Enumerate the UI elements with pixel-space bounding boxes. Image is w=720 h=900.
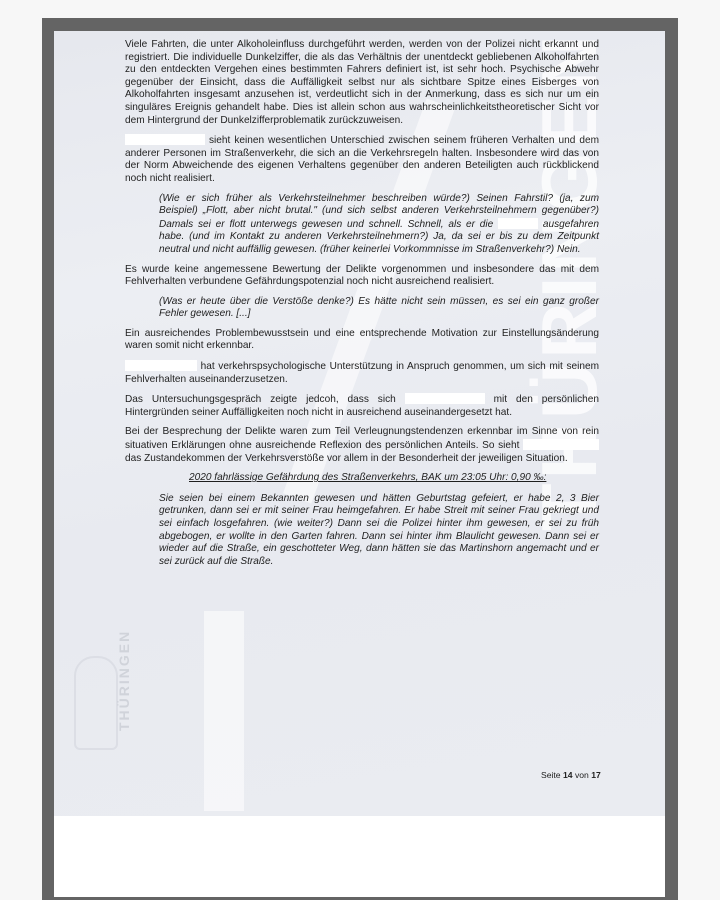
paragraph-verleugnung: Bei der Besprechung der Delikte waren zu… bbox=[125, 426, 599, 465]
watermark-side-text: THÜRINGEN bbox=[116, 630, 132, 731]
document-body: Viele Fahrten, die unter Alkoholeinfluss… bbox=[125, 39, 599, 575]
paragraph-text: hat verkehrspsychologische Unterstützung… bbox=[125, 361, 599, 385]
paragraph-problembewusstsein: Ein ausreichendes Problembewusstsein und… bbox=[125, 328, 599, 353]
document-page: THÜRINGEN THÜRINGEN Viele Fahrten, die u… bbox=[54, 31, 665, 897]
page-label: Seite bbox=[541, 770, 561, 780]
quote-fahrstil: (Wie er sich früher als Verkehrsteilnehm… bbox=[159, 193, 599, 257]
redacted-name bbox=[125, 360, 197, 371]
page-number: Seite 14 von 17 bbox=[541, 770, 601, 780]
redacted-name bbox=[125, 134, 205, 145]
paragraph-bewertung: Es wurde keine angemessene Bewertung der… bbox=[125, 264, 599, 289]
paragraph-dunkelziffer: Viele Fahrten, die unter Alkoholeinfluss… bbox=[125, 39, 599, 127]
paragraph-unterschied: sieht keinen wesentlichen Unterschied zw… bbox=[125, 134, 599, 185]
current-page: 14 bbox=[563, 770, 573, 780]
total-pages: 17 bbox=[591, 770, 601, 780]
redacted-name bbox=[405, 393, 485, 404]
page-separator: von bbox=[575, 770, 589, 780]
offense-heading: 2020 fahrlässige Gefährdung des Straßenv… bbox=[189, 472, 599, 485]
paragraph-text: das Zustandekommen der Verkehrsverstöße … bbox=[125, 453, 568, 464]
paragraph-untersuchung: Das Untersuchungsgespräch zeigte jedcoh,… bbox=[125, 393, 599, 419]
redacted-name bbox=[523, 439, 599, 450]
quote-verstoesse: (Was er heute über die Verstöße denke?) … bbox=[159, 296, 599, 321]
paragraph-text: Das Untersuchungsgespräch zeigte jedcoh,… bbox=[125, 394, 396, 405]
paragraph-unterstuetzung: hat verkehrspsychologische Unterstützung… bbox=[125, 360, 599, 386]
redacted-text bbox=[498, 218, 538, 229]
quote-geburtstag: Sie seien bei einem Bekannten gewesen un… bbox=[159, 493, 599, 569]
thuringen-logo-watermark bbox=[74, 656, 118, 750]
watermark-band bbox=[204, 611, 244, 811]
